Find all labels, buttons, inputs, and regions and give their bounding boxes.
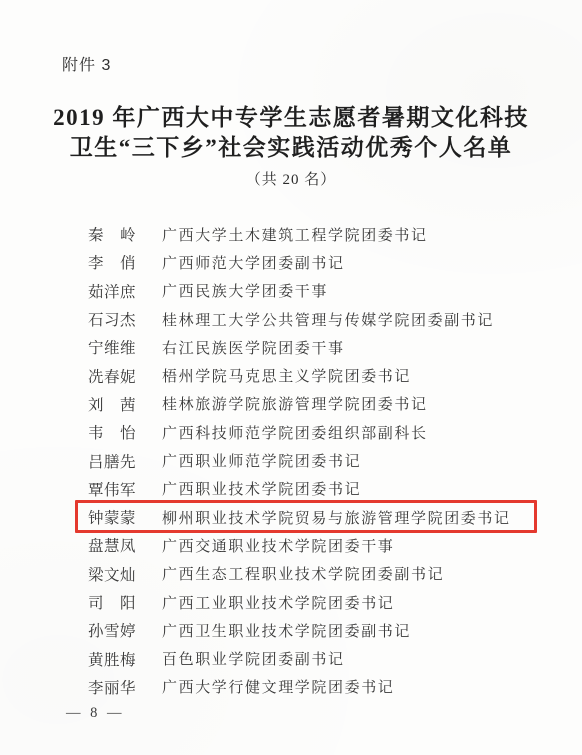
person-name: 司 阳 bbox=[88, 591, 162, 613]
document-title: 2019 年广西大中专学生志愿者暑期文化科技 卫生“三下乡”社会实践活动优秀个人… bbox=[0, 103, 582, 162]
page-number: — 8 — bbox=[66, 705, 125, 722]
person-title: 广西大学行健文理学院团委书记 bbox=[162, 676, 394, 697]
list-item-highlighted: 钟蒙蒙 柳州职业技术学院贸易与旅游管理学院团委书记 bbox=[88, 503, 540, 531]
document-page: 附件 3 2019 年广西大中专学生志愿者暑期文化科技 卫生“三下乡”社会实践活… bbox=[0, 0, 582, 755]
person-name: 李丽华 bbox=[88, 676, 162, 698]
person-title: 广西卫生职业技术学院团委副书记 bbox=[162, 620, 411, 641]
list-item: 司 阳 广西工业职业技术学院团委书记 bbox=[88, 588, 540, 616]
person-name: 孙雪婷 bbox=[88, 619, 162, 641]
person-title: 广西工业职业技术学院团委书记 bbox=[162, 592, 394, 613]
person-title: 广西师范大学团委副书记 bbox=[162, 252, 345, 273]
list-item: 盘慧凤 广西交通职业技术学院团委干事 bbox=[88, 531, 540, 559]
list-item: 韦 怡 广西科技师范学院团委组织部副科长 bbox=[88, 418, 540, 446]
person-name: 秦 岭 bbox=[88, 223, 162, 245]
person-name: 韦 怡 bbox=[88, 421, 162, 443]
list-item: 刘 茜 桂林旅游学院旅游管理学院团委书记 bbox=[88, 390, 540, 418]
person-title: 梧州学院马克思主义学院团委书记 bbox=[162, 365, 411, 386]
person-title: 桂林理工大学公共管理与传媒学院团委副书记 bbox=[162, 309, 494, 330]
list-item: 梁文灿 广西生态工程职业技术学院团委副书记 bbox=[88, 560, 540, 588]
list-item: 吕膳先 广西职业师范学院团委书记 bbox=[88, 446, 540, 474]
person-name: 冼春妮 bbox=[88, 365, 162, 387]
person-title: 广西职业技术学院团委书记 bbox=[162, 478, 361, 499]
list-item: 冼春妮 梧州学院马克思主义学院团委书记 bbox=[88, 361, 540, 389]
list-item: 黄胜梅 百色职业学院团委副书记 bbox=[88, 644, 540, 672]
person-name: 吕膳先 bbox=[88, 450, 162, 472]
attachment-label: 附件 3 bbox=[62, 52, 111, 75]
person-name: 茹洋庶 bbox=[88, 280, 162, 302]
person-title: 广西大学土木建筑工程学院团委书记 bbox=[162, 224, 428, 245]
person-title: 广西民族大学团委干事 bbox=[162, 280, 328, 301]
list-item: 宁维维 右江民族医学院团委干事 bbox=[88, 333, 540, 361]
person-name: 梁文灿 bbox=[88, 563, 162, 585]
list-item: 李 俏 广西师范大学团委副书记 bbox=[88, 248, 540, 276]
person-name: 覃伟军 bbox=[88, 478, 162, 500]
awardee-list: 秦 岭 广西大学土木建筑工程学院团委书记 李 俏 广西师范大学团委副书记 茹洋庶… bbox=[88, 220, 540, 701]
person-title: 柳州职业技术学院贸易与旅游管理学院团委书记 bbox=[162, 507, 511, 528]
list-item: 覃伟军 广西职业技术学院团委书记 bbox=[88, 475, 540, 503]
person-name: 刘 茜 bbox=[88, 393, 162, 415]
person-name: 石习杰 bbox=[88, 308, 162, 330]
person-title: 广西科技师范学院团委组织部副科长 bbox=[162, 422, 428, 443]
list-item: 孙雪婷 广西卫生职业技术学院团委副书记 bbox=[88, 616, 540, 644]
person-title: 广西职业师范学院团委书记 bbox=[162, 450, 361, 471]
list-item: 李丽华 广西大学行健文理学院团委书记 bbox=[88, 673, 540, 701]
person-title: 右江民族医学院团委干事 bbox=[162, 337, 345, 358]
title-line-1: 2019 年广西大中专学生志愿者暑期文化科技 bbox=[53, 105, 529, 130]
person-title: 桂林旅游学院旅游管理学院团委书记 bbox=[162, 393, 428, 414]
list-item: 秦 岭 广西大学土木建筑工程学院团委书记 bbox=[88, 220, 540, 248]
person-name: 盘慧凤 bbox=[88, 534, 162, 556]
person-title: 百色职业学院团委副书记 bbox=[162, 648, 345, 669]
person-title: 广西交通职业技术学院团委干事 bbox=[162, 535, 394, 556]
person-name: 钟蒙蒙 bbox=[88, 506, 162, 528]
person-name: 李 俏 bbox=[88, 251, 162, 273]
subtitle-count: （共 20 名） bbox=[0, 168, 582, 189]
person-title: 广西生态工程职业技术学院团委副书记 bbox=[162, 563, 444, 584]
person-name: 黄胜梅 bbox=[88, 648, 162, 670]
title-line-2: 卫生“三下乡”社会实践活动优秀个人名单 bbox=[70, 135, 513, 160]
list-item: 石习杰 桂林理工大学公共管理与传媒学院团委副书记 bbox=[88, 305, 540, 333]
person-name: 宁维维 bbox=[88, 336, 162, 358]
list-item: 茹洋庶 广西民族大学团委干事 bbox=[88, 277, 540, 305]
